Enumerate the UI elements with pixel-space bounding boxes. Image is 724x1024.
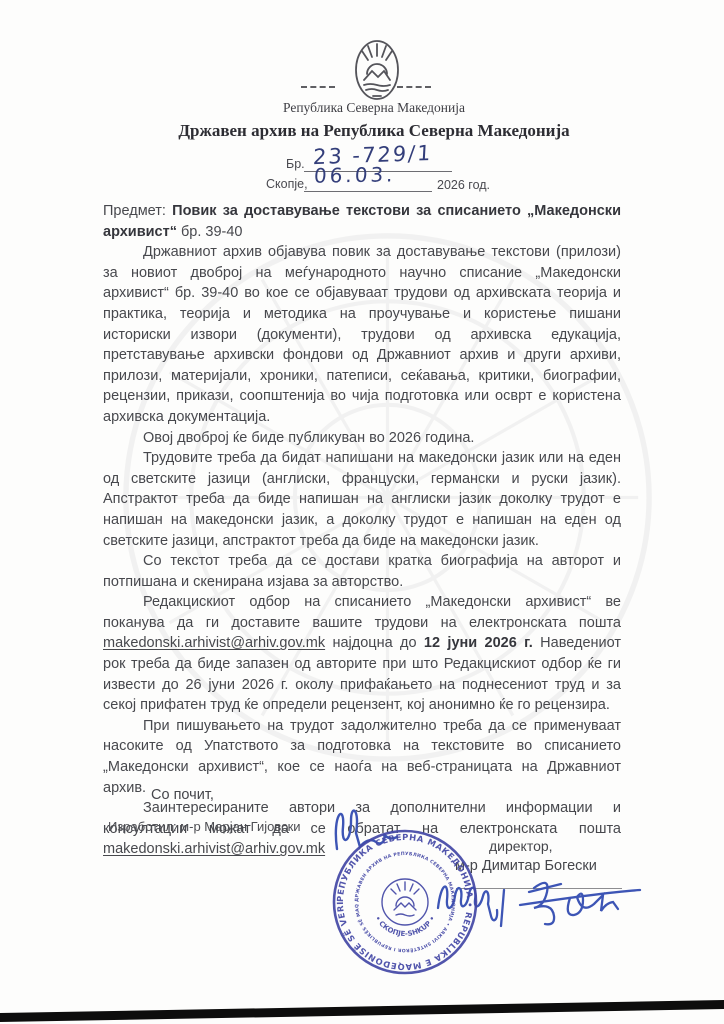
director-title: директор, xyxy=(489,838,553,854)
header-divider-dash-left xyxy=(301,86,335,88)
republic-line: Република Северна Македонија xyxy=(24,100,724,116)
body-text: Предмет: Повик за доставување текстови з… xyxy=(103,201,621,860)
date-underline xyxy=(304,191,432,192)
text-segment: бр. 39-40 xyxy=(181,224,243,240)
paragraph: Предмет: Повик за доставување текстови з… xyxy=(103,201,621,242)
email-address: makedonski.arhivist@arhiv.gov.mk xyxy=(103,635,325,651)
document-page: Република Северна Македонија Државен арх… xyxy=(0,0,724,1024)
paragraph: Овој двоброј ќе биде публикуван во 2026 … xyxy=(103,428,621,449)
svg-text:• СКОПЈЕ-SHKUP •: • СКОПЈЕ-SHKUP • xyxy=(373,915,437,938)
year-printed: 2026 год. xyxy=(437,178,490,192)
official-stamp-seal: РЕПУБЛИКА СЕВЕРНА МАКЕДОНИЈА • REPUBLIKA… xyxy=(331,828,479,976)
prepared-by-line: Изработил: м-р Марјан Гијовски xyxy=(108,819,301,834)
text-segment: Предмет: xyxy=(103,203,172,219)
text-segment: Редакцискиот одбор на списанието „Македо… xyxy=(103,594,621,631)
text-segment: најдоцна до xyxy=(325,635,424,651)
ref-number-label: Бр. xyxy=(286,157,305,171)
header-divider-dash-right xyxy=(397,86,431,88)
stamp-center-emblem xyxy=(382,879,428,925)
salutation: Со почит, xyxy=(151,787,214,803)
bold-text-segment: 12 јуни 2026 г. xyxy=(424,635,533,651)
paragraph: При пишувањето на трудот задолжително тр… xyxy=(103,716,621,798)
paragraph: Редакцискиот одбор на списанието „Македо… xyxy=(103,592,621,716)
text-segment: При пишувањето на трудот задолжително тр… xyxy=(103,718,621,796)
text-segment: Овој двоброј ќе биде публикуван во 2026 … xyxy=(143,430,474,446)
email-address: makedonski.arhivist@arhiv.gov.mk xyxy=(103,841,325,857)
coat-of-arms-emblem xyxy=(349,38,405,102)
paragraph: Трудовите треба да бидат напишани на мак… xyxy=(103,448,621,551)
paragraph: Со текстот треба да се достави кратка би… xyxy=(103,551,621,592)
text-segment: Државниот архив објавува повик за достав… xyxy=(103,244,621,425)
date-handwritten: 06.03. xyxy=(313,162,396,187)
paragraph: Државниот архив објавува повик за достав… xyxy=(103,242,621,427)
place-label: Скопје, xyxy=(266,177,308,191)
text-segment: Трудовите треба да бидат напишани на мак… xyxy=(103,450,621,548)
text-segment: Со текстот треба да се достави кратка би… xyxy=(103,553,621,590)
scan-edge-artifact xyxy=(0,996,724,1024)
institution-title: Државен архив на Република Северна Макед… xyxy=(24,121,724,141)
stamp-bottom-arc-text: • СКОПЈЕ-SHKUP • xyxy=(373,915,437,938)
